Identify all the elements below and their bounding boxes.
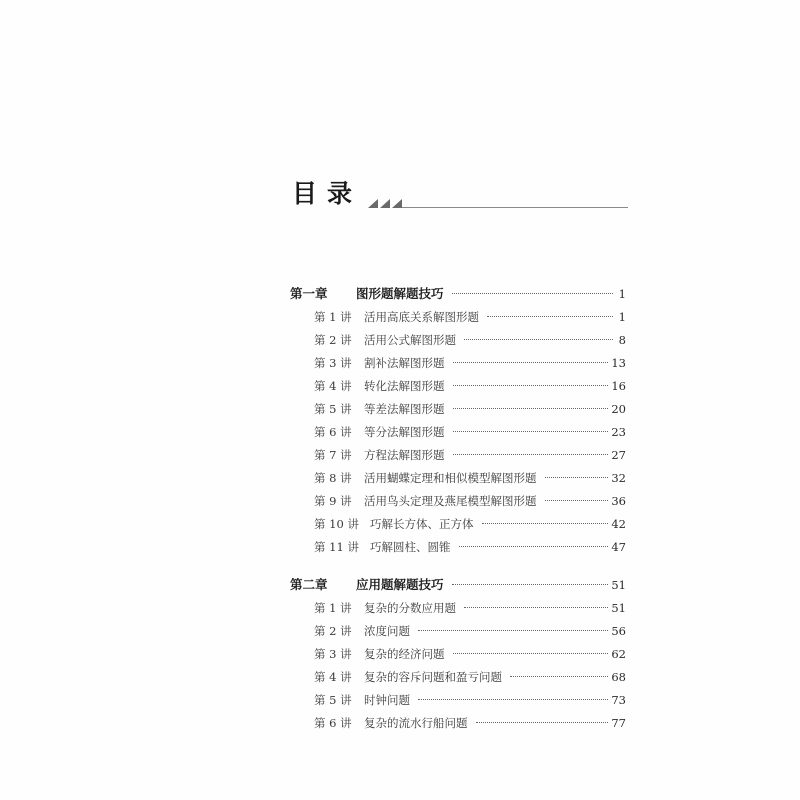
page-number: 36: [611, 490, 626, 513]
chapter-title: 图形题解题技巧: [356, 282, 444, 306]
dot-leader: [453, 454, 609, 455]
lecture-title: 复杂的容斥问题和盈亏问题: [364, 666, 502, 689]
page-number: 62: [611, 643, 626, 666]
lecture-number: 第 6 讲: [314, 712, 364, 735]
lecture-number: 第 11 讲: [314, 536, 370, 559]
lecture-entry[interactable]: 第 8 讲 活用蝴蝶定理和相似模型解图形题 32: [290, 467, 626, 490]
lecture-title: 复杂的流水行船问题: [364, 712, 468, 735]
lecture-number: 第 2 讲: [314, 329, 364, 352]
page-number: 13: [611, 352, 626, 375]
page-number: 20: [611, 398, 626, 421]
dot-leader: [452, 584, 609, 585]
triangle-icon: [368, 199, 378, 208]
lecture-entry[interactable]: 第 7 讲 方程法解图形题 27: [290, 444, 626, 467]
lecture-title: 活用高底关系解图形题: [364, 306, 479, 329]
lecture-title: 复杂的经济问题: [364, 643, 445, 666]
dot-leader: [452, 293, 613, 294]
dot-leader: [487, 316, 613, 317]
triangle-icon: [380, 199, 390, 208]
page-number: 68: [611, 666, 626, 689]
chapter-number: 第一章: [290, 282, 356, 306]
chapter-number: 第二章: [290, 573, 356, 597]
page-number: 1: [616, 282, 626, 306]
chapter-2: 第二章 应用题解题技巧 51 第 1 讲 复杂的分数应用题 51 第 2 讲 浓…: [290, 573, 626, 735]
lecture-title: 复杂的分数应用题: [364, 597, 456, 620]
page-number: 56: [611, 620, 626, 643]
dot-leader: [418, 699, 608, 700]
dot-leader: [482, 523, 609, 524]
page-number: 1: [616, 306, 626, 329]
lecture-number: 第 5 讲: [314, 398, 364, 421]
chapter-1: 第一章 图形题解题技巧 1 第 1 讲 活用高底关系解图形题 1 第 2 讲 活…: [290, 282, 626, 559]
dot-leader: [453, 653, 609, 654]
page-title: 目录: [292, 178, 362, 210]
lecture-entry[interactable]: 第 5 讲 时钟问题 73: [290, 689, 626, 712]
lecture-entry[interactable]: 第 4 讲 复杂的容斥问题和盈亏问题 68: [290, 666, 626, 689]
lecture-title: 方程法解图形题: [364, 444, 445, 467]
page-number: 27: [611, 444, 626, 467]
chapter-entry[interactable]: 第二章 应用题解题技巧 51: [290, 573, 626, 597]
dot-leader: [418, 630, 608, 631]
lecture-number: 第 4 讲: [314, 375, 364, 398]
title-divider: [402, 207, 628, 208]
dot-leader: [545, 500, 609, 501]
lecture-title: 活用蝴蝶定理和相似模型解图形题: [364, 467, 537, 490]
lecture-entry[interactable]: 第 2 讲 浓度问题 56: [290, 620, 626, 643]
lecture-number: 第 3 讲: [314, 352, 364, 375]
lecture-number: 第 1 讲: [314, 306, 364, 329]
lecture-entry[interactable]: 第 1 讲 复杂的分数应用题 51: [290, 597, 626, 620]
triangle-icon: [392, 199, 402, 208]
lecture-number: 第 1 讲: [314, 597, 364, 620]
lecture-title: 时钟问题: [364, 689, 410, 712]
page-number: 16: [611, 375, 626, 398]
lecture-entry[interactable]: 第 6 讲 复杂的流水行船问题 77: [290, 712, 626, 735]
dot-leader: [464, 607, 608, 608]
dot-leader: [459, 546, 609, 547]
page-number: 51: [611, 573, 626, 597]
lecture-number: 第 7 讲: [314, 444, 364, 467]
dot-leader: [545, 477, 609, 478]
lecture-number: 第 9 讲: [314, 490, 364, 513]
page-number: 23: [611, 421, 626, 444]
lecture-entry[interactable]: 第 5 讲 等差法解图形题 20: [290, 398, 626, 421]
page-number: 73: [611, 689, 626, 712]
lecture-number: 第 8 讲: [314, 467, 364, 490]
lecture-title: 巧解长方体、正方体: [370, 513, 474, 536]
lecture-title: 转化法解图形题: [364, 375, 445, 398]
chapter-entry[interactable]: 第一章 图形题解题技巧 1: [290, 282, 626, 306]
lecture-entry[interactable]: 第 3 讲 复杂的经济问题 62: [290, 643, 626, 666]
dot-leader: [464, 339, 613, 340]
page-number: 8: [616, 329, 626, 352]
lecture-entry[interactable]: 第 4 讲 转化法解图形题 16: [290, 375, 626, 398]
page-number: 47: [611, 536, 626, 559]
table-of-contents: 第一章 图形题解题技巧 1 第 1 讲 活用高底关系解图形题 1 第 2 讲 活…: [290, 282, 626, 735]
dot-leader: [453, 408, 609, 409]
page-number: 77: [611, 712, 626, 735]
lecture-number: 第 2 讲: [314, 620, 364, 643]
chapter-title: 应用题解题技巧: [356, 573, 444, 597]
page-number: 42: [611, 513, 626, 536]
dot-leader: [510, 676, 608, 677]
lecture-entry[interactable]: 第 9 讲 活用鸟头定理及燕尾模型解图形题 36: [290, 490, 626, 513]
lecture-entry[interactable]: 第 10 讲 巧解长方体、正方体 42: [290, 513, 626, 536]
dot-leader: [476, 722, 609, 723]
document-page: 目录 第一章 图形题解题技巧 1 第 1 讲 活用高底关系解图形题 1: [0, 0, 800, 800]
dot-leader: [453, 431, 609, 432]
lecture-entry[interactable]: 第 6 讲 等分法解图形题 23: [290, 421, 626, 444]
lecture-entry[interactable]: 第 11 讲 巧解圆柱、圆锥 47: [290, 536, 626, 559]
dot-leader: [453, 385, 609, 386]
lecture-number: 第 6 讲: [314, 421, 364, 444]
toc-header: 目录: [292, 178, 628, 214]
lecture-number: 第 5 讲: [314, 689, 364, 712]
lecture-entry[interactable]: 第 3 讲 割补法解图形题 13: [290, 352, 626, 375]
page-number: 51: [611, 597, 626, 620]
lecture-entry[interactable]: 第 2 讲 活用公式解图形题 8: [290, 329, 626, 352]
lecture-number: 第 3 讲: [314, 643, 364, 666]
lecture-title: 等分法解图形题: [364, 421, 445, 444]
lecture-title: 巧解圆柱、圆锥: [370, 536, 451, 559]
lecture-number: 第 10 讲: [314, 513, 370, 536]
lecture-title: 活用公式解图形题: [364, 329, 456, 352]
lecture-title: 浓度问题: [364, 620, 410, 643]
lecture-title: 等差法解图形题: [364, 398, 445, 421]
lecture-title: 活用鸟头定理及燕尾模型解图形题: [364, 490, 537, 513]
lecture-number: 第 4 讲: [314, 666, 364, 689]
dot-leader: [453, 362, 609, 363]
lecture-entry[interactable]: 第 1 讲 活用高底关系解图形题 1: [290, 306, 626, 329]
page-number: 32: [611, 467, 626, 490]
lecture-title: 割补法解图形题: [364, 352, 445, 375]
triangle-ornament-icon: [368, 198, 402, 208]
